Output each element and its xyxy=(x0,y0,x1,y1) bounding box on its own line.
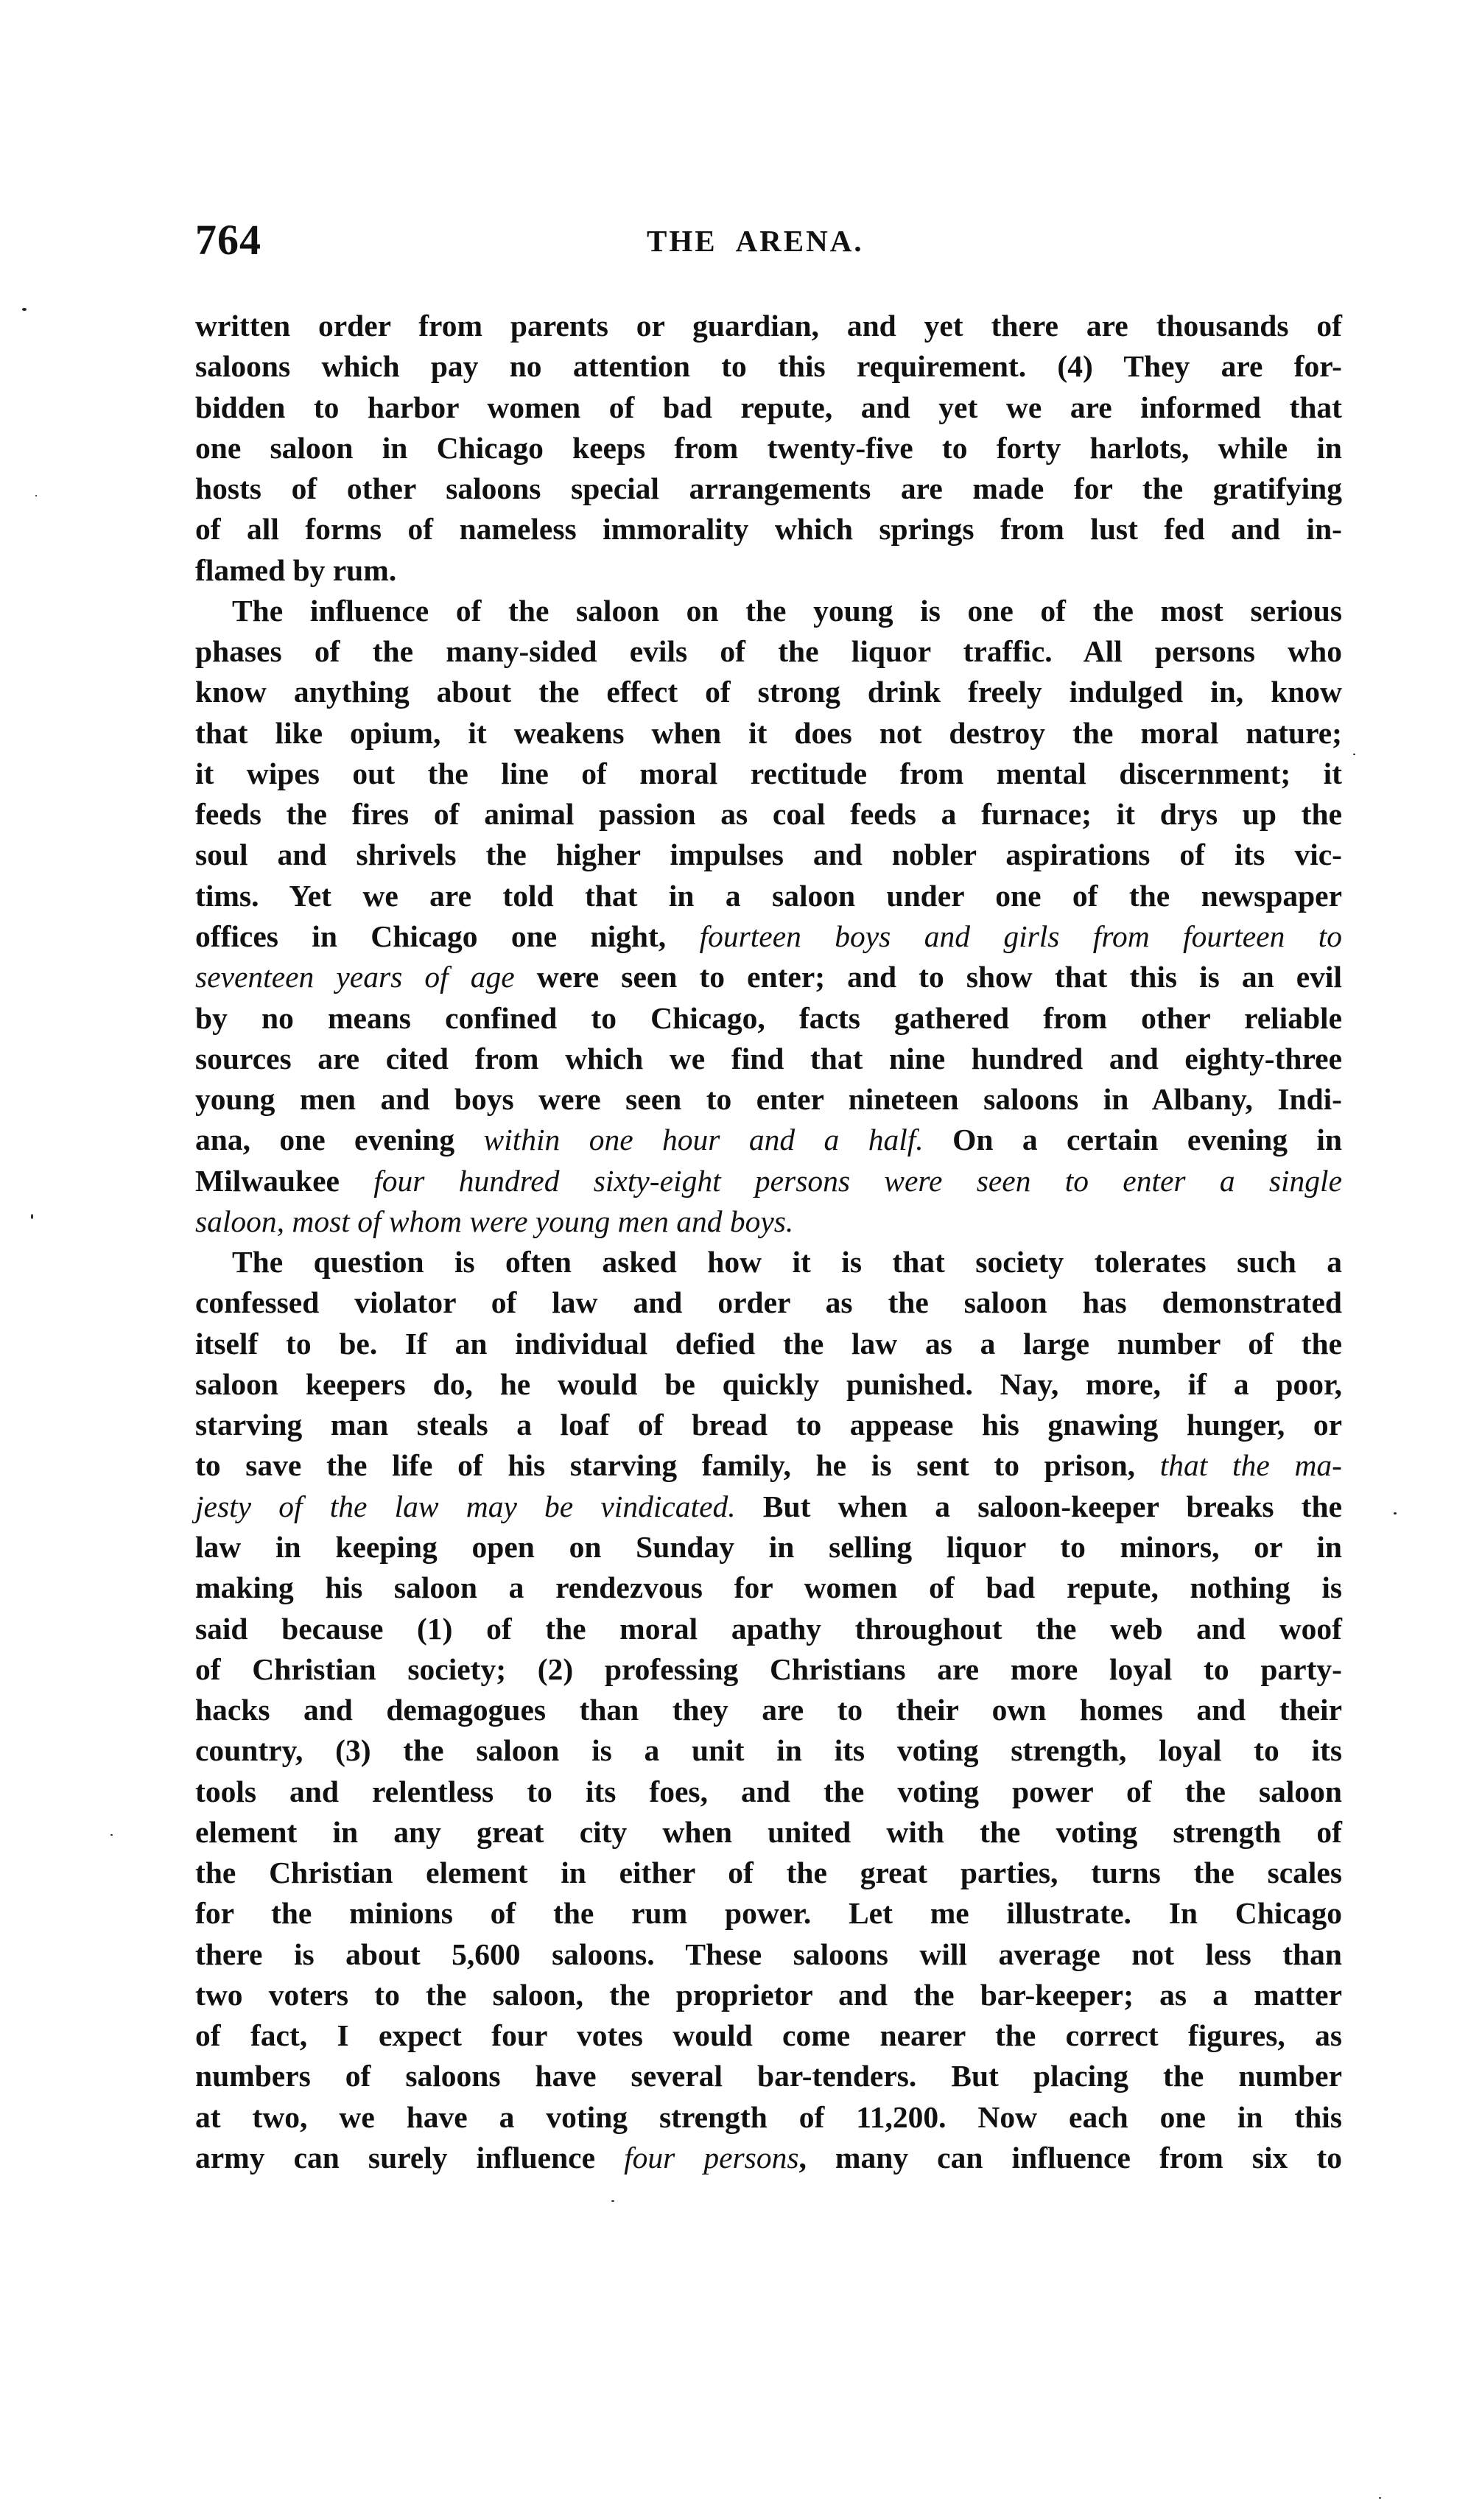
italic-run: fourteen boys and girls from fourteen to xyxy=(700,919,1342,953)
text-run: country, (3) the saloon is a unit in its… xyxy=(195,1733,1342,1767)
text-run: to save the life of his starving family,… xyxy=(195,1448,1160,1482)
text-line: flamed by rum. xyxy=(195,550,1342,591)
text-run: flamed by rum. xyxy=(195,553,396,587)
text-line: of all forms of nameless immorality whic… xyxy=(195,509,1342,550)
scanned-book-page: 764 THE ARENA. written order from parent… xyxy=(0,0,1482,2520)
italic-run: within one hour and a half. xyxy=(484,1123,924,1157)
text-run: Milwaukee xyxy=(195,1164,373,1198)
italic-run: seventeen years of age xyxy=(195,960,515,994)
text-run: the Christian element in either of the g… xyxy=(195,1856,1342,1889)
italic-run: that the ma- xyxy=(1160,1448,1342,1482)
text-line: at two, we have a voting strength of 11,… xyxy=(195,2097,1342,2138)
text-line: Milwaukee four hundred sixty-eight perso… xyxy=(195,1161,1342,1201)
text-run: of fact, I expect four votes would come … xyxy=(195,2018,1342,2052)
text-line: saloon, most of whom were young men and … xyxy=(195,1201,1342,1242)
text-line: offices in Chicago one night, fourteen b… xyxy=(195,916,1342,957)
text-run: making his saloon a rendezvous for women… xyxy=(195,1570,1342,1604)
text-line: phases of the many-sided evils of the li… xyxy=(195,631,1342,672)
text-run: said because (1) of the moral apathy thr… xyxy=(195,1612,1342,1646)
scan-speck xyxy=(1379,2497,1381,2499)
text-run: know anything about the effect of strong… xyxy=(195,675,1342,709)
body-text: written order from parents or guardian, … xyxy=(195,306,1342,2178)
text-line: know anything about the effect of strong… xyxy=(195,672,1342,712)
text-line: confessed violator of law and order as t… xyxy=(195,1282,1342,1323)
text-run: one saloon in Chicago keeps from twenty-… xyxy=(195,431,1342,465)
text-run: tims. Yet we are told that in a saloon u… xyxy=(195,879,1342,913)
text-run: sources are cited from which we find tha… xyxy=(195,1042,1342,1075)
text-line: of fact, I expect four votes would come … xyxy=(195,2015,1342,2056)
text-line: country, (3) the saloon is a unit in its… xyxy=(195,1730,1342,1771)
text-run: But when a saloon-keeper breaks the xyxy=(736,1489,1342,1523)
text-run: hacks and demagogues than they are to th… xyxy=(195,1693,1342,1727)
text-run: offices in Chicago one night, xyxy=(195,919,700,953)
text-line: seventeen years of age were seen to ente… xyxy=(195,957,1342,997)
text-run: at two, we have a voting strength of 11,… xyxy=(195,2100,1342,2134)
text-run: The question is often asked how it is th… xyxy=(232,1245,1342,1279)
text-run: young men and boys were seen to enter ni… xyxy=(195,1082,1342,1116)
text-line: tims. Yet we are told that in a saloon u… xyxy=(195,876,1342,916)
text-line: written order from parents or guardian, … xyxy=(195,306,1342,346)
scan-speck xyxy=(611,2200,614,2202)
text-line: soul and shrivels the higher impulses an… xyxy=(195,835,1342,875)
text-line: jesty of the law may be vindicated. But … xyxy=(195,1487,1342,1527)
text-line: The influence of the saloon on the young… xyxy=(195,591,1342,631)
text-line: feeds the fires of animal passion as coa… xyxy=(195,794,1342,835)
text-line: itself to be. If an individual defied th… xyxy=(195,1324,1342,1364)
text-run: tools and relentless to its foes, and th… xyxy=(195,1775,1342,1808)
text-line: numbers of saloons have several bar-tend… xyxy=(195,2056,1342,2096)
text-run: two voters to the saloon, the proprietor… xyxy=(195,1978,1342,2012)
page-number: 764 xyxy=(195,218,261,262)
text-line: said because (1) of the moral apathy thr… xyxy=(195,1609,1342,1649)
text-line: saloon keepers do, he would be quickly p… xyxy=(195,1364,1342,1405)
text-line: one saloon in Chicago keeps from twenty-… xyxy=(195,428,1342,468)
text-line: there is about 5,600 saloons. These salo… xyxy=(195,1934,1342,1975)
text-line: it wipes out the line of moral rectitude… xyxy=(195,754,1342,794)
text-run: The influence of the saloon on the young… xyxy=(232,594,1342,628)
scan-speck xyxy=(35,495,37,496)
text-line: ana, one evening within one hour and a h… xyxy=(195,1120,1342,1160)
text-line: bidden to harbor women of bad repute, an… xyxy=(195,387,1342,428)
text-run: written order from parents or guardian, … xyxy=(195,309,1342,343)
text-run: army can surely influence xyxy=(195,2141,624,2175)
text-line: tools and relentless to its foes, and th… xyxy=(195,1772,1342,1812)
text-line: saloons which pay no attention to this r… xyxy=(195,346,1342,387)
text-line: law in keeping open on Sunday in selling… xyxy=(195,1527,1342,1568)
text-line: by no means confined to Chicago, facts g… xyxy=(195,998,1342,1039)
text-line: of Christian society; (2) professing Chr… xyxy=(195,1649,1342,1690)
scan-speck xyxy=(22,308,27,311)
text-line: for the minions of the rum power. Let me… xyxy=(195,1893,1342,1934)
text-run: were seen to enter; and to show that thi… xyxy=(515,960,1342,994)
text-line: the Christian element in either of the g… xyxy=(195,1853,1342,1893)
text-run: saloon keepers do, he would be quickly p… xyxy=(195,1367,1342,1401)
text-line: army can surely influence four persons, … xyxy=(195,2138,1342,2178)
text-run: bidden to harbor women of bad repute, an… xyxy=(195,390,1342,424)
text-line: hosts of other saloons special arrangeme… xyxy=(195,468,1342,509)
text-run: that like opium, it weakens when it does… xyxy=(195,716,1342,750)
text-run: of Christian society; (2) professing Chr… xyxy=(195,1652,1342,1686)
text-run: hosts of other saloons special arrangeme… xyxy=(195,471,1342,505)
text-run: starving man steals a loaf of bread to a… xyxy=(195,1408,1342,1442)
scan-speck xyxy=(1353,754,1355,755)
text-line: The question is often asked how it is th… xyxy=(195,1242,1342,1282)
text-run: saloons which pay no attention to this r… xyxy=(195,349,1342,383)
text-line: making his saloon a rendezvous for women… xyxy=(195,1568,1342,1608)
text-line: that like opium, it weakens when it does… xyxy=(195,713,1342,754)
italic-run: four persons xyxy=(624,2141,798,2175)
text-line: young men and boys were seen to enter ni… xyxy=(195,1079,1342,1120)
scan-speck xyxy=(110,1834,113,1836)
text-line: two voters to the saloon, the proprietor… xyxy=(195,1975,1342,2015)
text-line: element in any great city when united wi… xyxy=(195,1812,1342,1853)
text-run: there is about 5,600 saloons. These salo… xyxy=(195,1937,1342,1971)
running-head: 764 THE ARENA. xyxy=(195,218,1342,262)
scan-speck xyxy=(1394,1512,1397,1515)
text-line: starving man steals a loaf of bread to a… xyxy=(195,1405,1342,1445)
italic-run: four hundred sixty-eight persons were se… xyxy=(373,1164,1342,1198)
text-run: of all forms of nameless immorality whic… xyxy=(195,512,1342,546)
text-run: it wipes out the line of moral rectitude… xyxy=(195,757,1342,790)
text-run: for the minions of the rum power. Let me… xyxy=(195,1896,1342,1930)
text-run: On a certain evening in xyxy=(924,1123,1342,1157)
scan-speck xyxy=(31,1214,33,1219)
text-line: to save the life of his starving family,… xyxy=(195,1445,1342,1486)
text-run: confessed violator of law and order as t… xyxy=(195,1285,1342,1319)
text-line: hacks and demagogues than they are to th… xyxy=(195,1690,1342,1730)
text-run: law in keeping open on Sunday in selling… xyxy=(195,1530,1342,1564)
text-run: , many can influence from six to xyxy=(798,2141,1342,2175)
text-run: element in any great city when united wi… xyxy=(195,1815,1342,1849)
italic-run: jesty of the law may be vindicated. xyxy=(195,1489,736,1523)
text-run: feeds the fires of animal passion as coa… xyxy=(195,797,1342,831)
running-title: THE ARENA. xyxy=(647,224,864,258)
text-run: ana, one evening xyxy=(195,1123,484,1157)
text-run: soul and shrivels the higher impulses an… xyxy=(195,838,1342,871)
text-line: sources are cited from which we find tha… xyxy=(195,1039,1342,1079)
text-run: phases of the many-sided evils of the li… xyxy=(195,634,1342,668)
text-run: by no means confined to Chicago, facts g… xyxy=(195,1001,1342,1035)
text-run: numbers of saloons have several bar-tend… xyxy=(195,2059,1342,2093)
text-run: itself to be. If an individual defied th… xyxy=(195,1327,1342,1361)
italic-run: saloon, most of whom were young men and … xyxy=(195,1204,793,1238)
